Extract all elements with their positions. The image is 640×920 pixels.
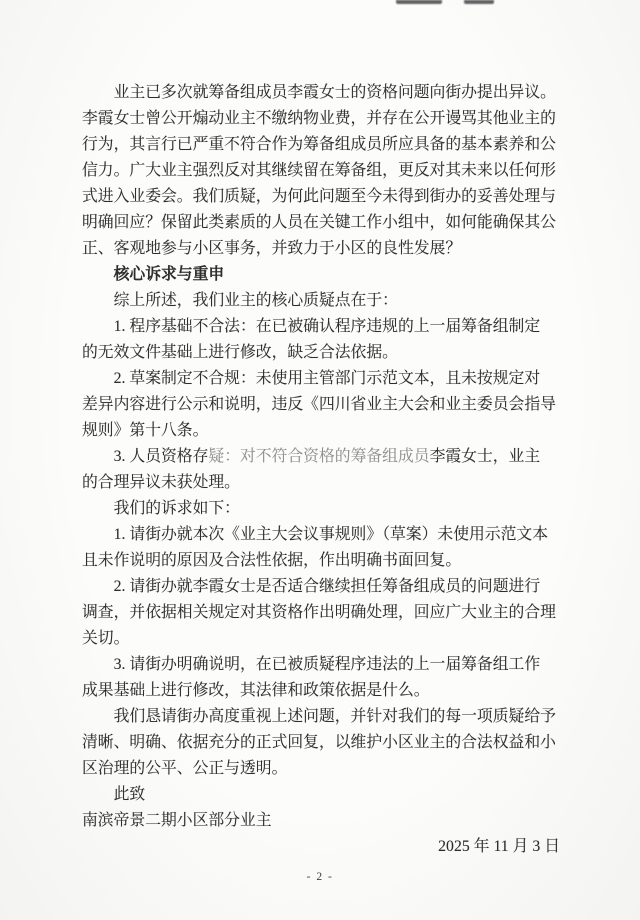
- text-run: 1. 请街办就本次《业主大会议事规则》（草案）未使用示范文本: [114, 526, 548, 543]
- document-line: 综上所述，我们业主的核心质疑点在于：: [82, 288, 560, 314]
- text-run: 调查，并依据相关规定对其资格作出明确处理，回应广大业主的合理: [82, 604, 556, 621]
- page-number: - 2 -: [0, 871, 640, 883]
- text-run: 的合理异议未获处理。: [82, 474, 240, 491]
- document-line: 正、客观地参与小区事务，并致力于小区的良性发展？: [82, 236, 560, 262]
- text-run: 信力。广大业主强烈反对其继续留在筹备组，更反对其未来以任何形: [82, 162, 556, 179]
- text-run: 行为，其言行已严重不符合作为筹备组成员所应具备的基本素养和公: [82, 136, 556, 153]
- text-run: 2. 草案制定不合规：未使用主管部门示范文本，且未按规定对: [114, 370, 541, 387]
- text-run: 业主已多次就筹备组成员李霞女士的资格问题向街办提出异议。: [114, 84, 556, 101]
- document-line: 3. 人员资格存疑：对不符合资格的筹备组成员李霞女士，业主: [82, 444, 560, 470]
- document-body: 业主已多次就筹备组成员李霞女士的资格问题向街办提出异议。李霞女士曾公开煽动业主不…: [82, 80, 560, 860]
- text-run: 成果基础上进行修改，其法律和政策依据是什么。: [82, 682, 430, 699]
- text-run: 2025 年 11 月 3 日: [438, 838, 560, 855]
- text-run: 李霞女士，业主: [430, 448, 541, 465]
- document-line: 南滨帝景二期小区部分业主: [82, 808, 560, 834]
- document-line: 2. 请街办就李霞女士是否适合继续担任筹备组成员的问题进行: [82, 574, 560, 600]
- document-line: 核心诉求与重申: [82, 262, 560, 288]
- document-line: 调查，并依据相关规定对其资格作出明确处理，回应广大业主的合理: [82, 600, 560, 626]
- text-run: 3. 人员资格存: [114, 448, 209, 465]
- text-run: 清晰、明确、依据充分的正式回复，以维护小区业主的合法权益和小: [82, 734, 556, 751]
- document-line: 1. 程序基础不合法：在已被确认程序违规的上一届筹备组制定: [82, 314, 560, 340]
- text-run: 式进入业委会。我们质疑，为何此问题至今未得到街办的妥善处理与: [82, 188, 556, 205]
- text-run: 综上所述，我们业主的核心质疑点在于：: [114, 292, 398, 309]
- document-line: 区治理的公平、公正与透明。: [82, 756, 560, 782]
- document-line: 我们恳请街办高度重视上述问题，并针对我们的每一项质疑给予: [82, 704, 560, 730]
- document-line: 明确回应？保留此类素质的人员在关键工作小组中，如何能确保其公: [82, 210, 560, 236]
- document-line: 2. 草案制定不合规：未使用主管部门示范文本，且未按规定对: [82, 366, 560, 392]
- scanned-document-page: 业主已多次就筹备组成员李霞女士的资格问题向街办提出异议。李霞女士曾公开煽动业主不…: [0, 0, 640, 920]
- text-run: 南滨帝景二期小区部分业主: [82, 812, 272, 829]
- document-line: 我们的诉求如下：: [82, 496, 560, 522]
- document-line: 关切。: [82, 626, 560, 652]
- document-line: 成果基础上进行修改，其法律和政策依据是什么。: [82, 678, 560, 704]
- document-line: 3. 请街办明确说明，在已被质疑程序违法的上一届筹备组工作: [82, 652, 560, 678]
- text-run: 差异内容进行公示和说明，违反《四川省业主大会和业主委员会指导: [82, 396, 556, 413]
- text-run: 我们的诉求如下：: [114, 500, 240, 517]
- text-run: 的无效文件基础上进行修改，缺乏合法依据。: [82, 344, 398, 361]
- document-line: 的合理异议未获处理。: [82, 470, 560, 496]
- document-line: 行为，其言行已严重不符合作为筹备组成员所应具备的基本素养和公: [82, 132, 560, 158]
- text-run: 疑：对不符合资格的筹备组成员: [208, 448, 429, 465]
- document-line: 1. 请街办就本次《业主大会议事规则》（草案）未使用示范文本: [82, 522, 560, 548]
- document-line: 的无效文件基础上进行修改，缺乏合法依据。: [82, 340, 560, 366]
- document-line: 且未作说明的原因及合法性依据，作出明确书面回复。: [82, 548, 560, 574]
- text-run: 规则》第十八条。: [82, 422, 208, 439]
- document-line: 差异内容进行公示和说明，违反《四川省业主大会和业主委员会指导: [82, 392, 560, 418]
- document-line: 李霞女士曾公开煽动业主不缴纳物业费，并存在公开谩骂其他业主的: [82, 106, 560, 132]
- text-run: 核心诉求与重申: [114, 266, 225, 283]
- text-run: 正、客观地参与小区事务，并致力于小区的良性发展？: [82, 240, 461, 257]
- scan-artifact-right: [464, 0, 494, 4]
- text-run: 关切。: [82, 630, 129, 647]
- text-run: 1. 程序基础不合法：在已被确认程序违规的上一届筹备组制定: [114, 318, 541, 335]
- text-run: 区治理的公平、公正与透明。: [82, 760, 287, 777]
- document-line: 业主已多次就筹备组成员李霞女士的资格问题向街办提出异议。: [82, 80, 560, 106]
- document-line: 清晰、明确、依据充分的正式回复，以维护小区业主的合法权益和小: [82, 730, 560, 756]
- text-run: 明确回应？保留此类素质的人员在关键工作小组中，如何能确保其公: [82, 214, 556, 231]
- text-run: 3. 请街办明确说明，在已被质疑程序违法的上一届筹备组工作: [114, 656, 541, 673]
- document-line: 此致: [82, 782, 560, 808]
- scan-artifact-left: [396, 0, 442, 4]
- text-run: 我们恳请街办高度重视上述问题，并针对我们的每一项质疑给予: [114, 708, 556, 725]
- text-run: 李霞女士曾公开煽动业主不缴纳物业费，并存在公开谩骂其他业主的: [82, 110, 556, 127]
- text-run: 2. 请街办就李霞女士是否适合继续担任筹备组成员的问题进行: [114, 578, 541, 595]
- text-run: 且未作说明的原因及合法性依据，作出明确书面回复。: [82, 552, 461, 569]
- document-line: 信力。广大业主强烈反对其继续留在筹备组，更反对其未来以任何形: [82, 158, 560, 184]
- document-line: 2025 年 11 月 3 日: [82, 834, 560, 860]
- document-line: 式进入业委会。我们质疑，为何此问题至今未得到街办的妥善处理与: [82, 184, 560, 210]
- document-line: 规则》第十八条。: [82, 418, 560, 444]
- text-run: 此致: [114, 786, 146, 803]
